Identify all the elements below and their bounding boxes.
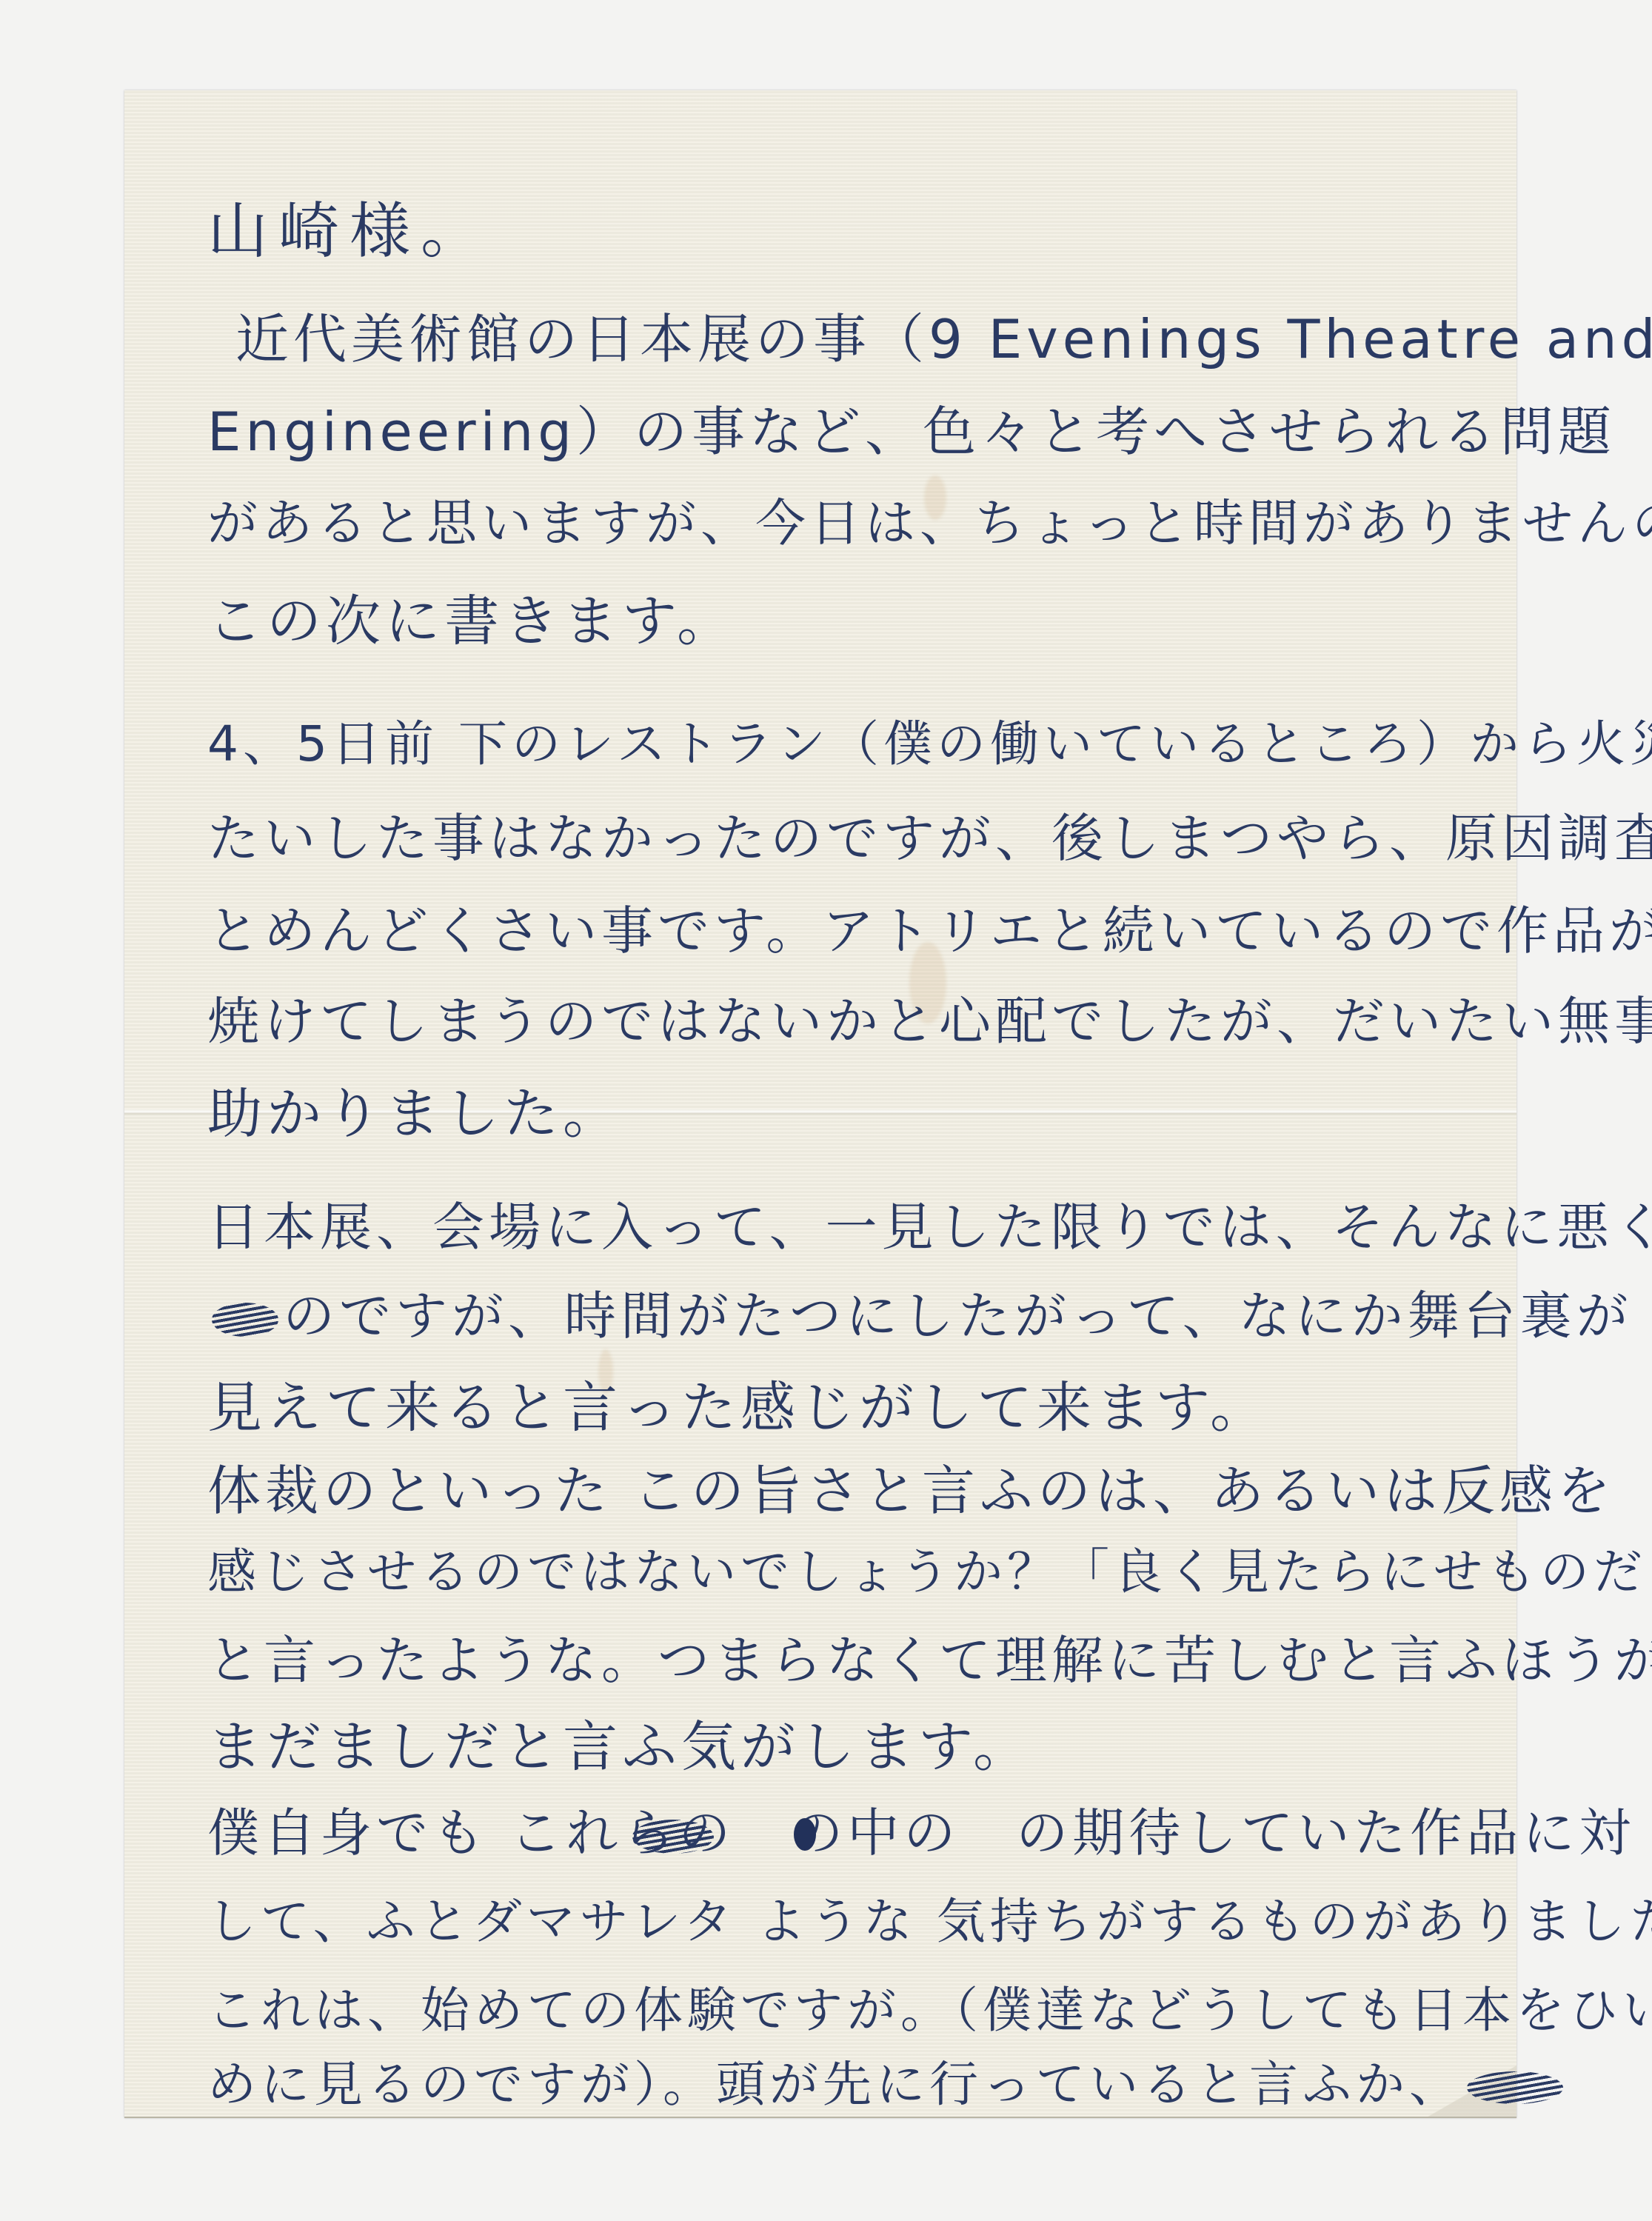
- letter-line-13: 体裁のといった この旨さと言ふのは、あるいは反感を: [207, 1464, 1615, 1517]
- letter-line-12: 見えて来ると言った感じがして来ます。: [207, 1380, 1269, 1435]
- line-text: のですが、時間がたつにしたがって、なにか舞台裏が: [283, 1286, 1633, 1346]
- letter-line-14: 感じさせるのではないでしょうか？「良く見たらにせものだった」: [207, 1548, 1652, 1597]
- letter-line-11: のですが、時間がたつにしたがって、なにか舞台裏が: [207, 1290, 1633, 1342]
- salutation: 山崎様。: [207, 201, 492, 262]
- letter-line-20: めに見るのですが）。頭が先に行っていると言ふか、: [207, 2060, 1568, 2109]
- letter-line-10: 日本展、会場に入って、一見した限りでは、そんなに悪くない: [207, 1201, 1652, 1253]
- letter-line-7: とめんどくさい事です。アトリエと続いているので作品が全部: [207, 905, 1652, 957]
- crossed-out-scribble: [1467, 2071, 1563, 2104]
- letter-line-19: これは、始めての体験ですが。（僕達などうしても日本をひいき: [207, 1986, 1652, 2035]
- letter-line-2: Engineering）の事など、色々と考へさせられる問題: [207, 405, 1616, 458]
- letter-line-8: 焼けてしまうのではないかと心配でしたが、だいたい無事で: [207, 995, 1652, 1047]
- line-text: めに見るのですが）。頭が先に行っていると言ふか、: [207, 2056, 1462, 2113]
- letter-line-4: この次に書きます。: [207, 594, 736, 649]
- letter-line-5: 4、5日前 下のレストラン（僕の働いているところ）から火災があり: [207, 720, 1652, 769]
- letter-paper: 山崎様。 近代美術館の日本展の事（9 Evenings Theatre and …: [124, 90, 1516, 2118]
- letter-line-15: と言ったような。つまらなくて理解に苦しむと言ふほうが: [207, 1634, 1652, 1686]
- letter-line-3: があると思いますが、今日は、ちょっと時間がありませんので: [207, 499, 1652, 550]
- letter-line-6: たいした事はなかったのですが、後しまつやら、原因調査やら: [207, 812, 1652, 864]
- letter-line-9: 助かりました。: [207, 1086, 622, 1141]
- line-text: 日本展、会場に入って、一見した限りでは、そんなに悪くない: [207, 1197, 1652, 1258]
- crossed-out-blot: [794, 1818, 816, 1851]
- letter-line-1: 近代美術館の日本展の事（9 Evenings Theatre and: [235, 313, 1652, 366]
- line-text: 僕自身でも これらの の中の の期待していた作品に対: [207, 1803, 1635, 1863]
- letter-line-18: して、ふとダマサレタ ような 気持ちがするものがありました。: [207, 1897, 1652, 1946]
- crossed-out-scribble: [632, 1820, 714, 1854]
- crossed-out-scribble: [212, 1303, 278, 1337]
- line-text: して、ふとダマサレタ ような 気持ちがするものがありました。: [207, 1893, 1652, 1950]
- letter-line-16: まだましだと言ふ気がします。: [207, 1720, 1032, 1774]
- letter-line-17: 僕自身でも これらの の中の の期待していた作品に対: [207, 1807, 1635, 1859]
